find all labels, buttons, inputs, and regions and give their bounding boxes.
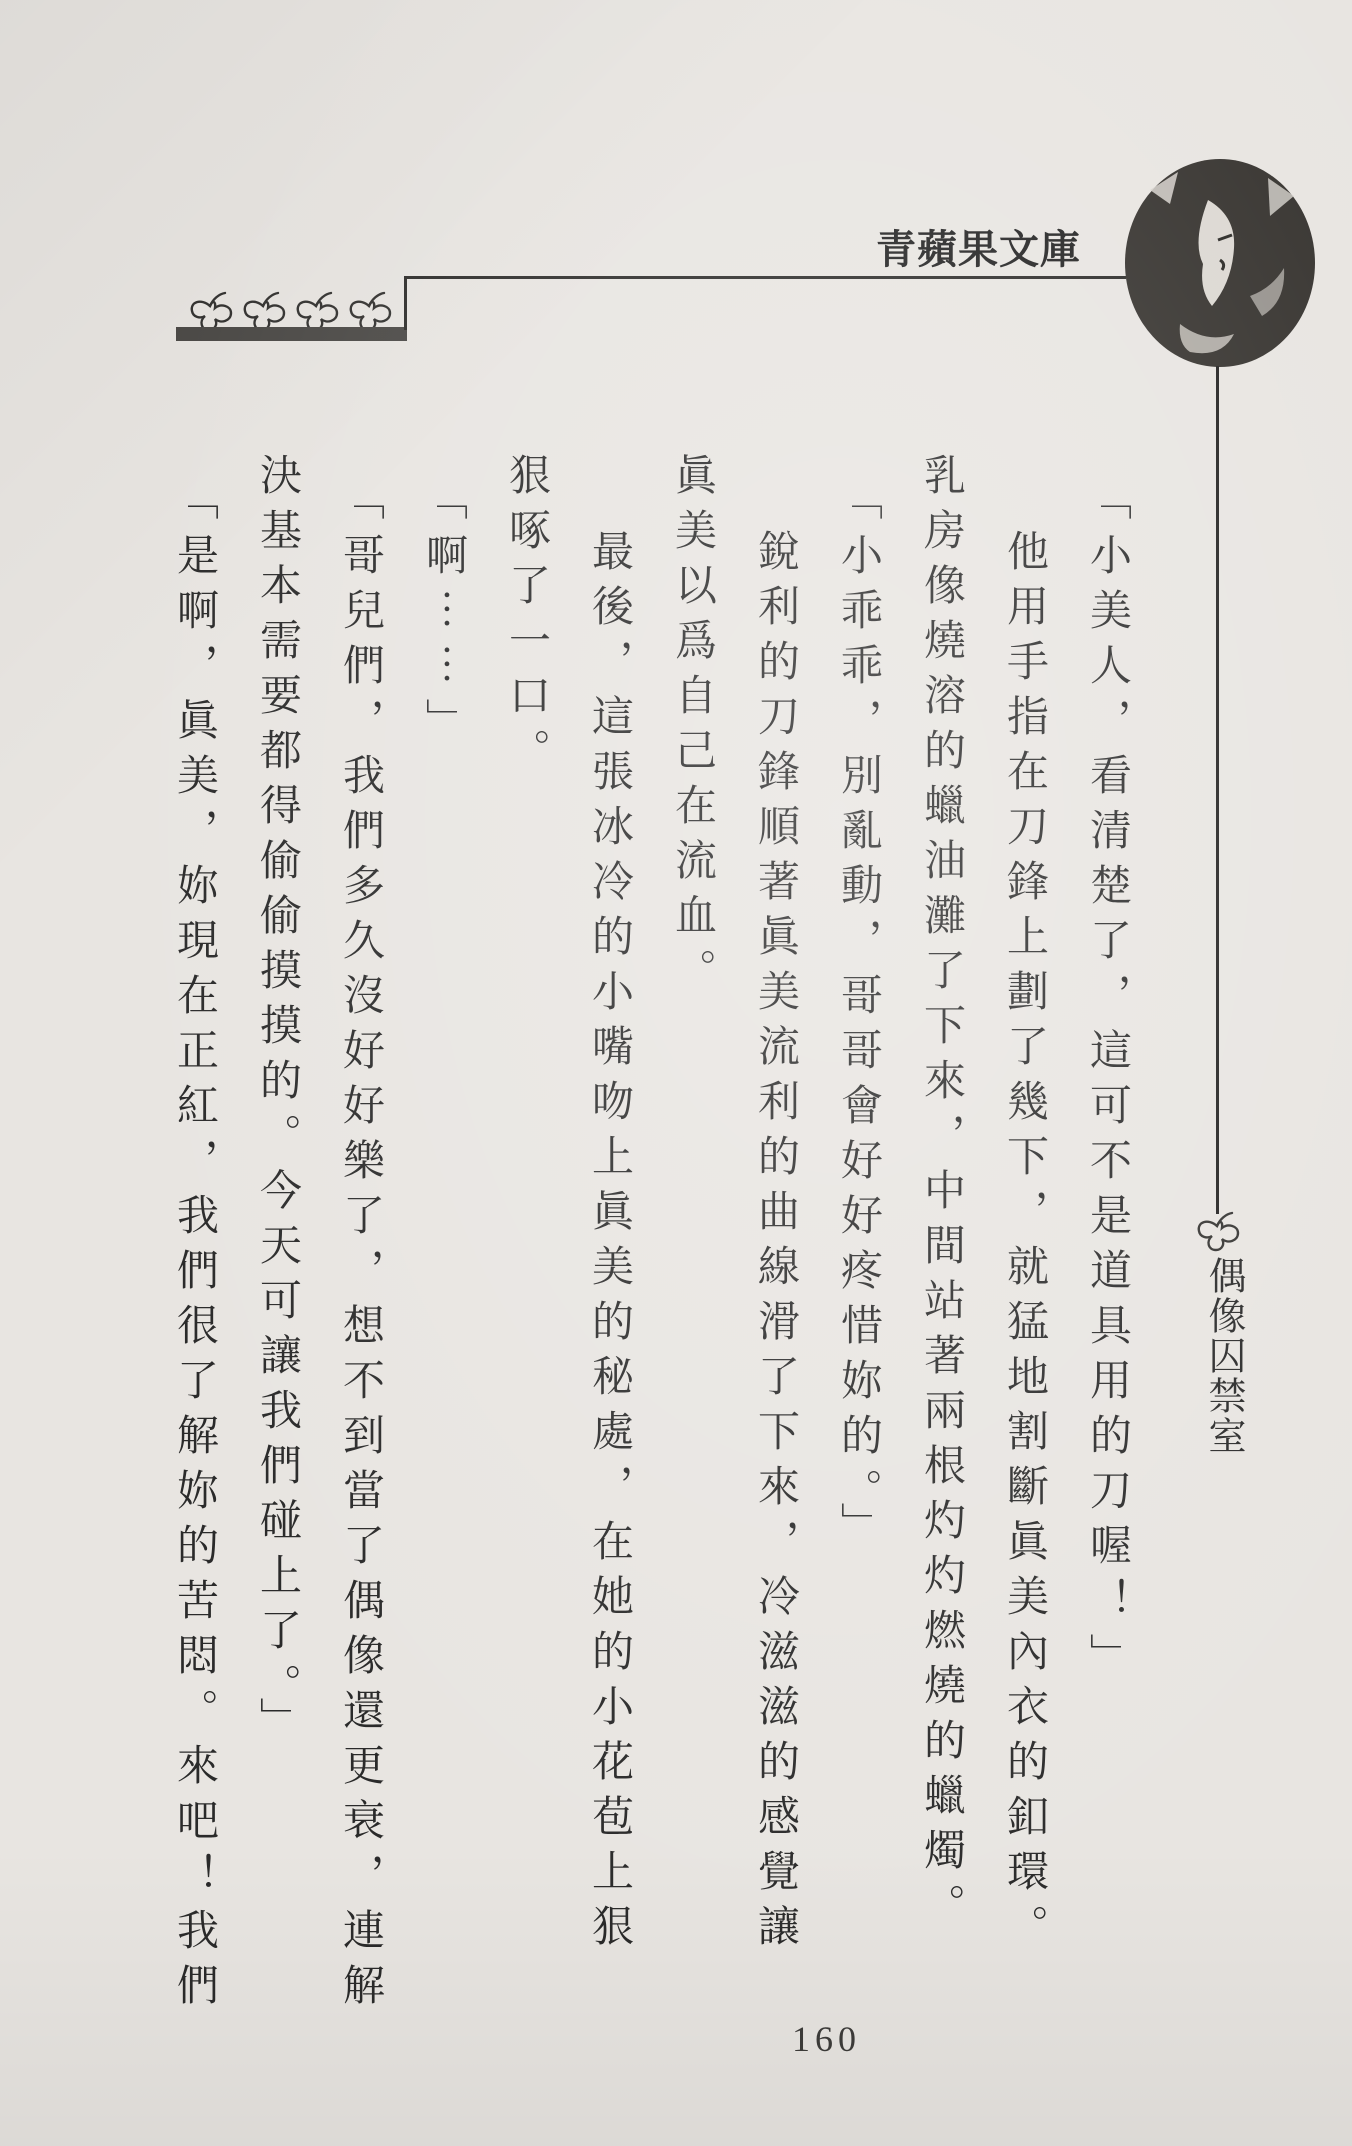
text-column-6: 眞美以爲自己在流血。 bbox=[667, 453, 713, 1003]
text-column-3: 乳房像燒溶的蠟油灘了下來，中間站著兩根灼灼燃燒的蠟燭。 bbox=[916, 453, 962, 1938]
text-column-2: 他用手指在刀鋒上劃了幾下，就猛地割斷眞美內衣的釦環。 bbox=[999, 529, 1045, 1959]
header-rule bbox=[404, 276, 1126, 279]
text-column-9: 「啊⋯⋯」 bbox=[418, 478, 464, 753]
text-column-10: 「哥兒們，我們多久沒好好樂了，想不到當了偶像還更衰，連解 bbox=[335, 478, 381, 2018]
ornament-bar bbox=[176, 327, 407, 341]
text-column-4: 「小乖乖，別亂動，哥哥會好好疼惜妳的。」 bbox=[833, 478, 879, 1557]
text-column-12: 「是啊，眞美，妳現在正紅，我們很了解妳的苦悶。來吧！我們 bbox=[169, 478, 215, 2018]
book-page: 青蘋果文庫 偶像囚禁室 「小美人，看清楚了，這可不是道具用的刀喔！」他用手指在刀… bbox=[0, 0, 1352, 2146]
page-number: 160 bbox=[792, 2018, 861, 2060]
text-column-7: 最後，這張冰冷的小嘴吻上眞美的秘處，在她的小花苞上狠 bbox=[584, 529, 630, 1959]
vertical-rule bbox=[1216, 366, 1219, 1214]
text-column-11: 決基本需要都得偷偷摸摸的。今天可讓我們碰上了。」 bbox=[252, 453, 298, 1752]
portrait-illustration bbox=[1122, 156, 1318, 370]
leaf-icon bbox=[1192, 1206, 1244, 1254]
text-column-8: 狠啄了一口。 bbox=[501, 453, 547, 783]
text-column-1: 「小美人，看清楚了，這可不是道具用的刀喔！」 bbox=[1082, 478, 1128, 1688]
book-title: 偶像囚禁室 bbox=[1196, 1256, 1251, 1456]
series-title: 青蘋果文庫 bbox=[876, 218, 1081, 275]
text-column-5: 銳利的刀鋒順著眞美流利的曲線滑了下來，冷滋滋的感覺讓 bbox=[750, 529, 796, 1959]
header-rule-step bbox=[404, 276, 407, 330]
